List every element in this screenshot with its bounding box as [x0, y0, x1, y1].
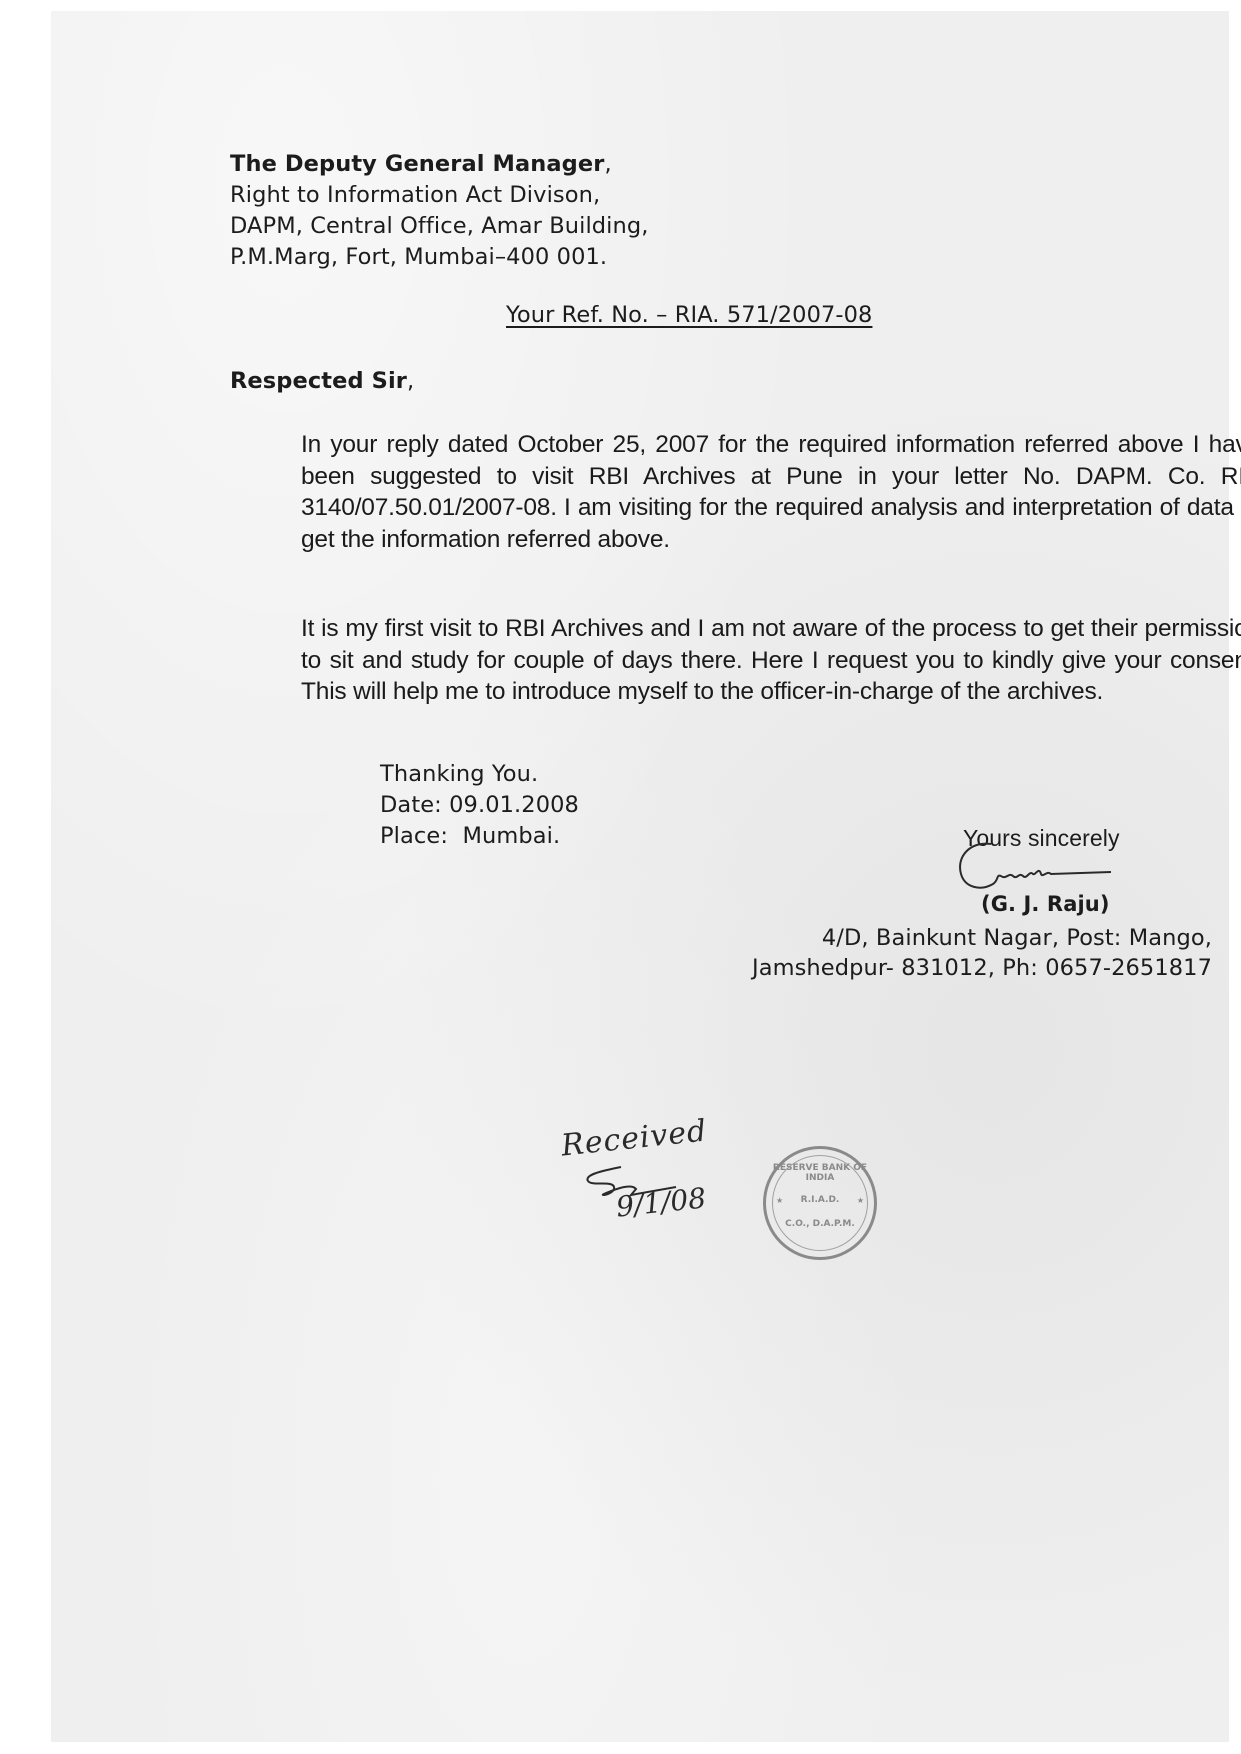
body-paragraph-1: In your reply dated October 25, 2007 for… [301, 429, 1241, 555]
addressee-title-comma: , [604, 151, 611, 177]
handwritten-signature-icon [951, 836, 1131, 896]
closing-block: Thanking You. Date: 09.01.2008 Place: Mu… [380, 759, 579, 852]
addressee-line-3: P.M.Marg, Fort, Mumbai–400 001. [230, 242, 649, 273]
addressee-title: The Deputy General Manager [230, 151, 604, 177]
letter-page: The Deputy General Manager, Right to Inf… [51, 11, 1229, 1742]
reference-number: Your Ref. No. – RIA. 571/2007-08 [506, 300, 872, 331]
signatory-address-line-2: Jamshedpur- 831012, Ph: 0657-2651817 [752, 953, 1212, 984]
signatory-address-line-1: 4/D, Bainkunt Nagar, Post: Mango, [822, 923, 1212, 954]
rbi-seal-stamp: RESERVE BANK OF INDIA R.I.A.D. C.O., D.A… [763, 1146, 877, 1260]
stamp-star-icon: ★ [776, 1196, 783, 1205]
salutation-comma: , [407, 368, 414, 394]
stamp-star-icon: ★ [857, 1196, 864, 1205]
signatory-name: (G. J. Raju) [981, 889, 1110, 920]
received-note: Received [560, 1113, 709, 1163]
stamp-top-text: RESERVE BANK OF INDIA [766, 1163, 874, 1183]
closing-thanks: Thanking You. [380, 759, 579, 790]
salutation: Respected Sir, [230, 366, 414, 397]
body-paragraph-2: It is my first visit to RBI Archives and… [301, 613, 1241, 708]
stamp-bottom-text: C.O., D.A.P.M. [766, 1219, 874, 1229]
closing-place: Place: Mumbai. [380, 821, 579, 852]
closing-date: Date: 09.01.2008 [380, 790, 579, 821]
addressee-line-2: DAPM, Central Office, Amar Building, [230, 211, 649, 242]
addressee-line-1: Right to Information Act Divison, [230, 180, 649, 211]
addressee-block: The Deputy General Manager, Right to Inf… [230, 149, 649, 273]
salutation-text: Respected Sir [230, 368, 407, 394]
